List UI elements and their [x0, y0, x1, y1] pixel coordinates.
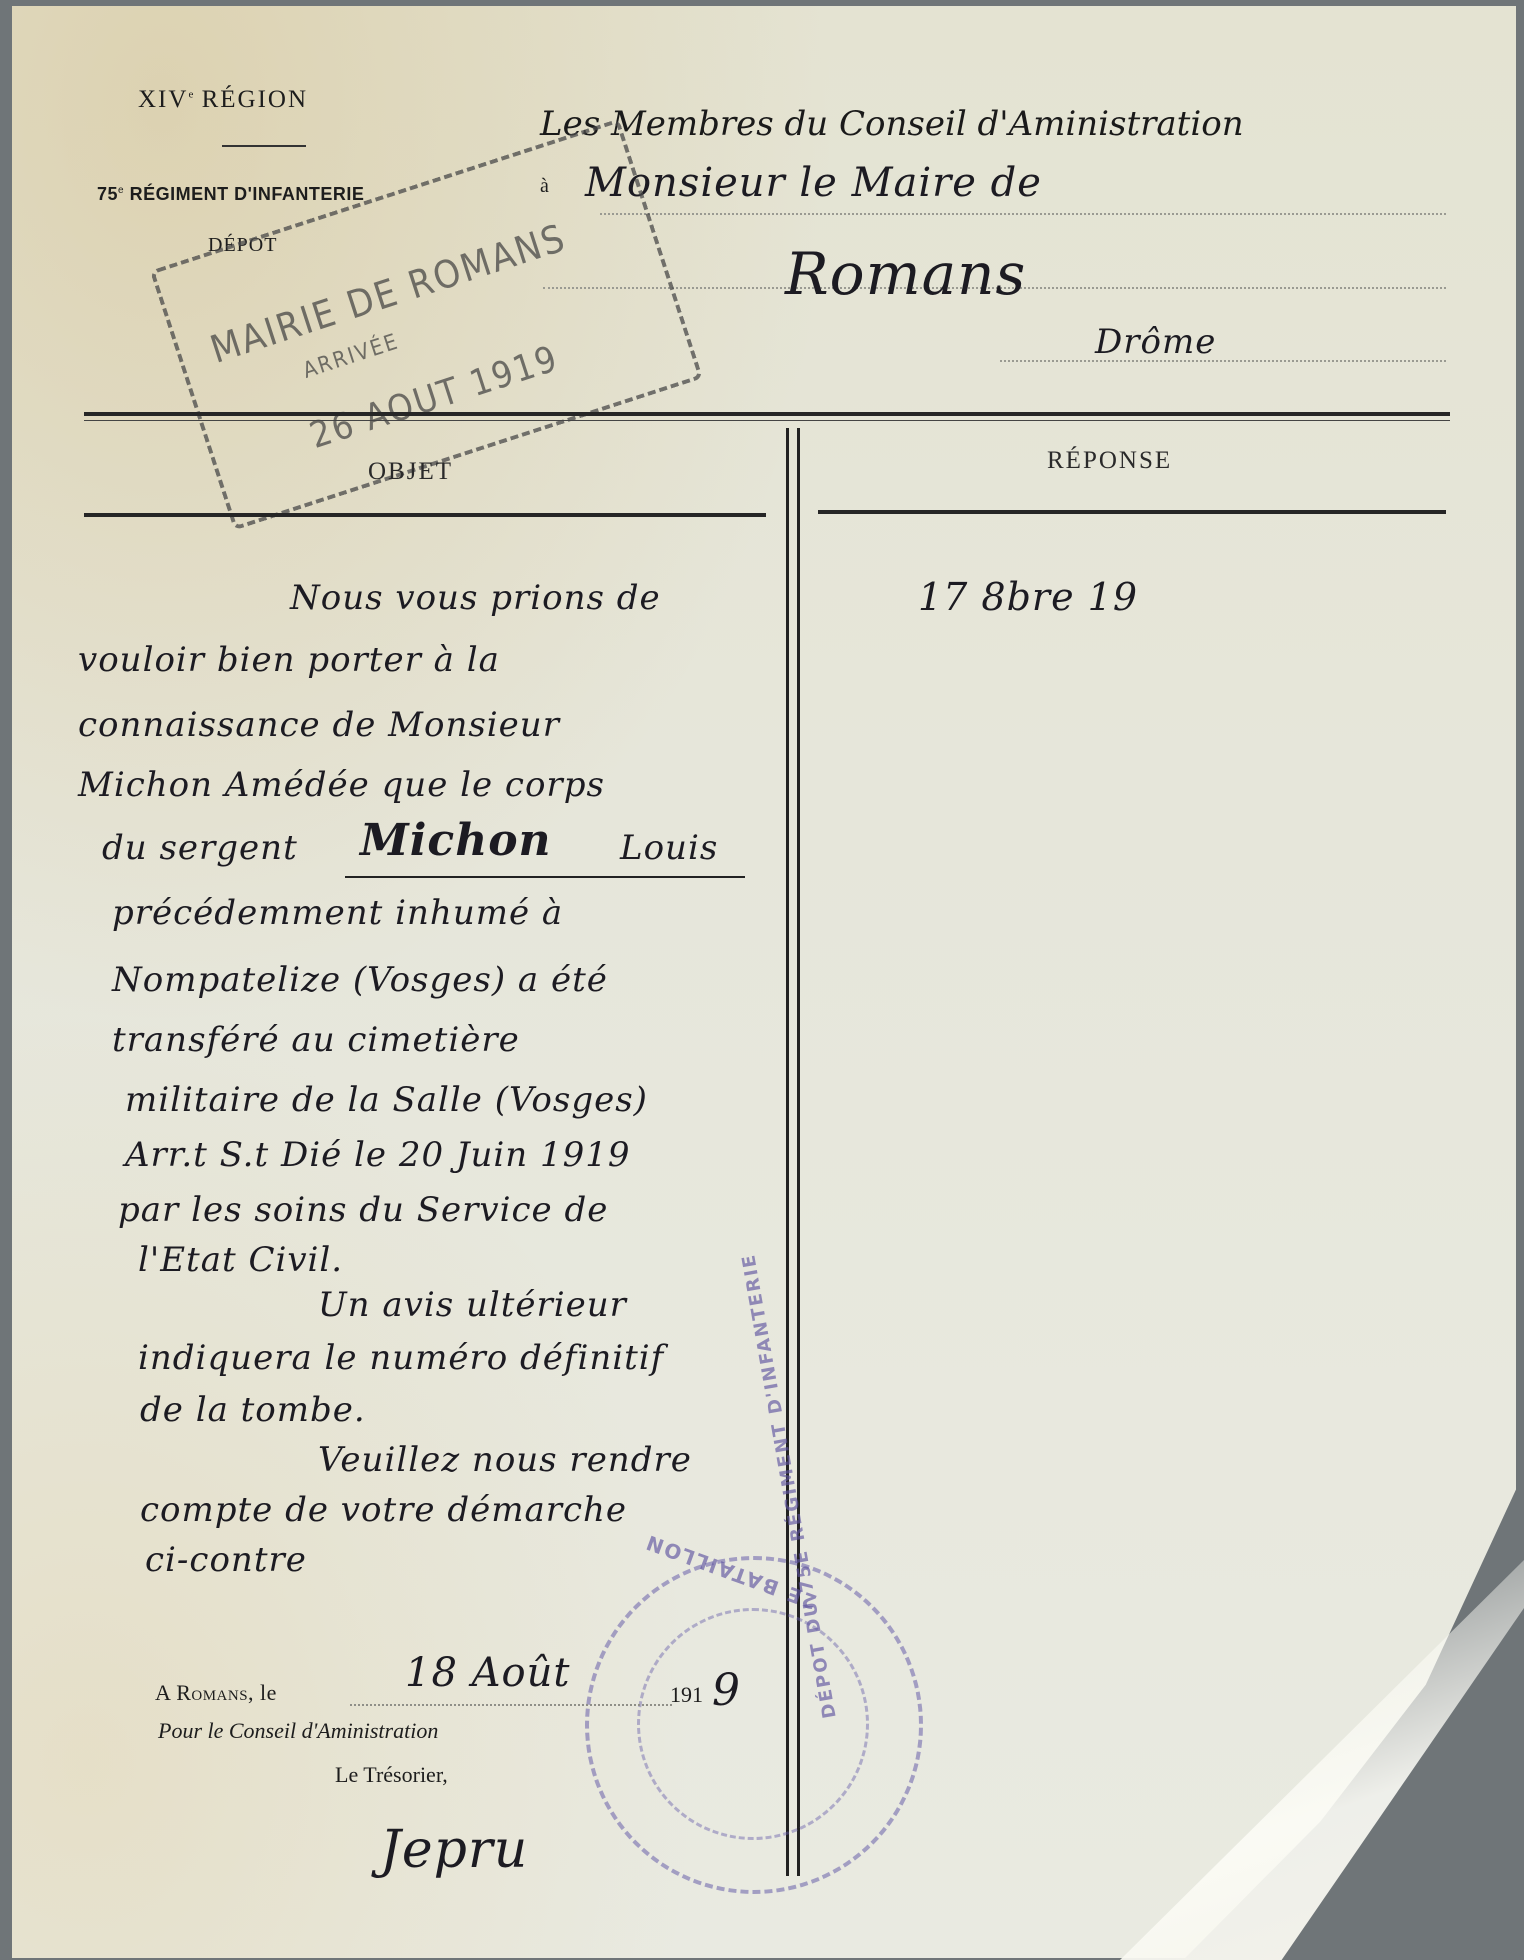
- regiment-seal: [585, 1556, 923, 1894]
- body-line: Michon Amédée que le corps: [78, 765, 605, 805]
- recipient-name: Monsieur le Maire de: [585, 160, 1042, 206]
- signatory-title: Le Trésorier,: [335, 1762, 448, 1788]
- body-line: ci-contre: [145, 1540, 307, 1580]
- body-line: indiquera le numéro définitif: [138, 1338, 664, 1378]
- handwritten-year-digit: 9: [712, 1665, 741, 1716]
- reponse-header: RÉPONSE: [1047, 447, 1172, 475]
- top-rule: [84, 412, 1450, 416]
- soldier-surname: Michon: [360, 815, 552, 866]
- body-line: militaire de la Salle (Vosges): [125, 1080, 648, 1120]
- body-line: précédemment inhumé à: [112, 893, 563, 933]
- body-line: Veuillez nous rendre: [318, 1440, 692, 1480]
- body-line: connaissance de Monsieur: [78, 705, 560, 745]
- body-line: Un avis ultérieur: [318, 1285, 627, 1325]
- sender-line: Les Membres du Conseil d'Aministration: [540, 104, 1244, 144]
- objet-underline: [84, 513, 766, 517]
- treasurer-signature: Jepru: [380, 1820, 528, 1880]
- response-date-note: 17 8bre 19: [918, 575, 1138, 619]
- body-line: vouloir bien porter à la: [78, 640, 500, 680]
- heading-divider: [222, 145, 306, 147]
- soldier-firstname: Louis: [620, 828, 718, 868]
- body-line: Arr.t S.t Dié le 20 Juin 1919: [125, 1135, 631, 1175]
- regiment-heading: 75e RÉGIMENT D'INFANTERIE: [97, 184, 364, 205]
- body-line: Nous vous prions de: [290, 578, 661, 618]
- seal-inner-ring: [637, 1608, 869, 1840]
- body-line: par les soins du Service de: [118, 1190, 608, 1230]
- recipient-city: Romans: [785, 240, 1026, 308]
- place-date-line: A Romans, le: [155, 1680, 277, 1706]
- body-line: compte de votre démarche: [140, 1490, 627, 1530]
- handwritten-date: 18 Août: [405, 1650, 570, 1696]
- printed-year: 191: [670, 1682, 703, 1708]
- address-dotted-line-1: [600, 213, 1446, 215]
- region-heading: XIVe RÉGION: [138, 86, 308, 114]
- recipient-department: Drôme: [1095, 322, 1216, 362]
- objet-header: OBJET: [368, 458, 453, 486]
- name-underline: [345, 876, 745, 878]
- body-line: Nompatelize (Vosges) a été: [112, 960, 608, 1000]
- top-rule-thin: [84, 420, 1450, 421]
- address-dotted-line-3: [1000, 360, 1446, 362]
- reponse-underline: [818, 510, 1446, 514]
- body-line: l'Etat Civil.: [138, 1240, 343, 1280]
- body-line: transféré au cimetière: [112, 1020, 520, 1060]
- body-line: du sergent: [102, 828, 298, 868]
- for-council-line: Pour le Conseil d'Aministration: [158, 1718, 438, 1744]
- date-dotted-line: [350, 1704, 672, 1706]
- body-line: de la tombe.: [140, 1390, 366, 1430]
